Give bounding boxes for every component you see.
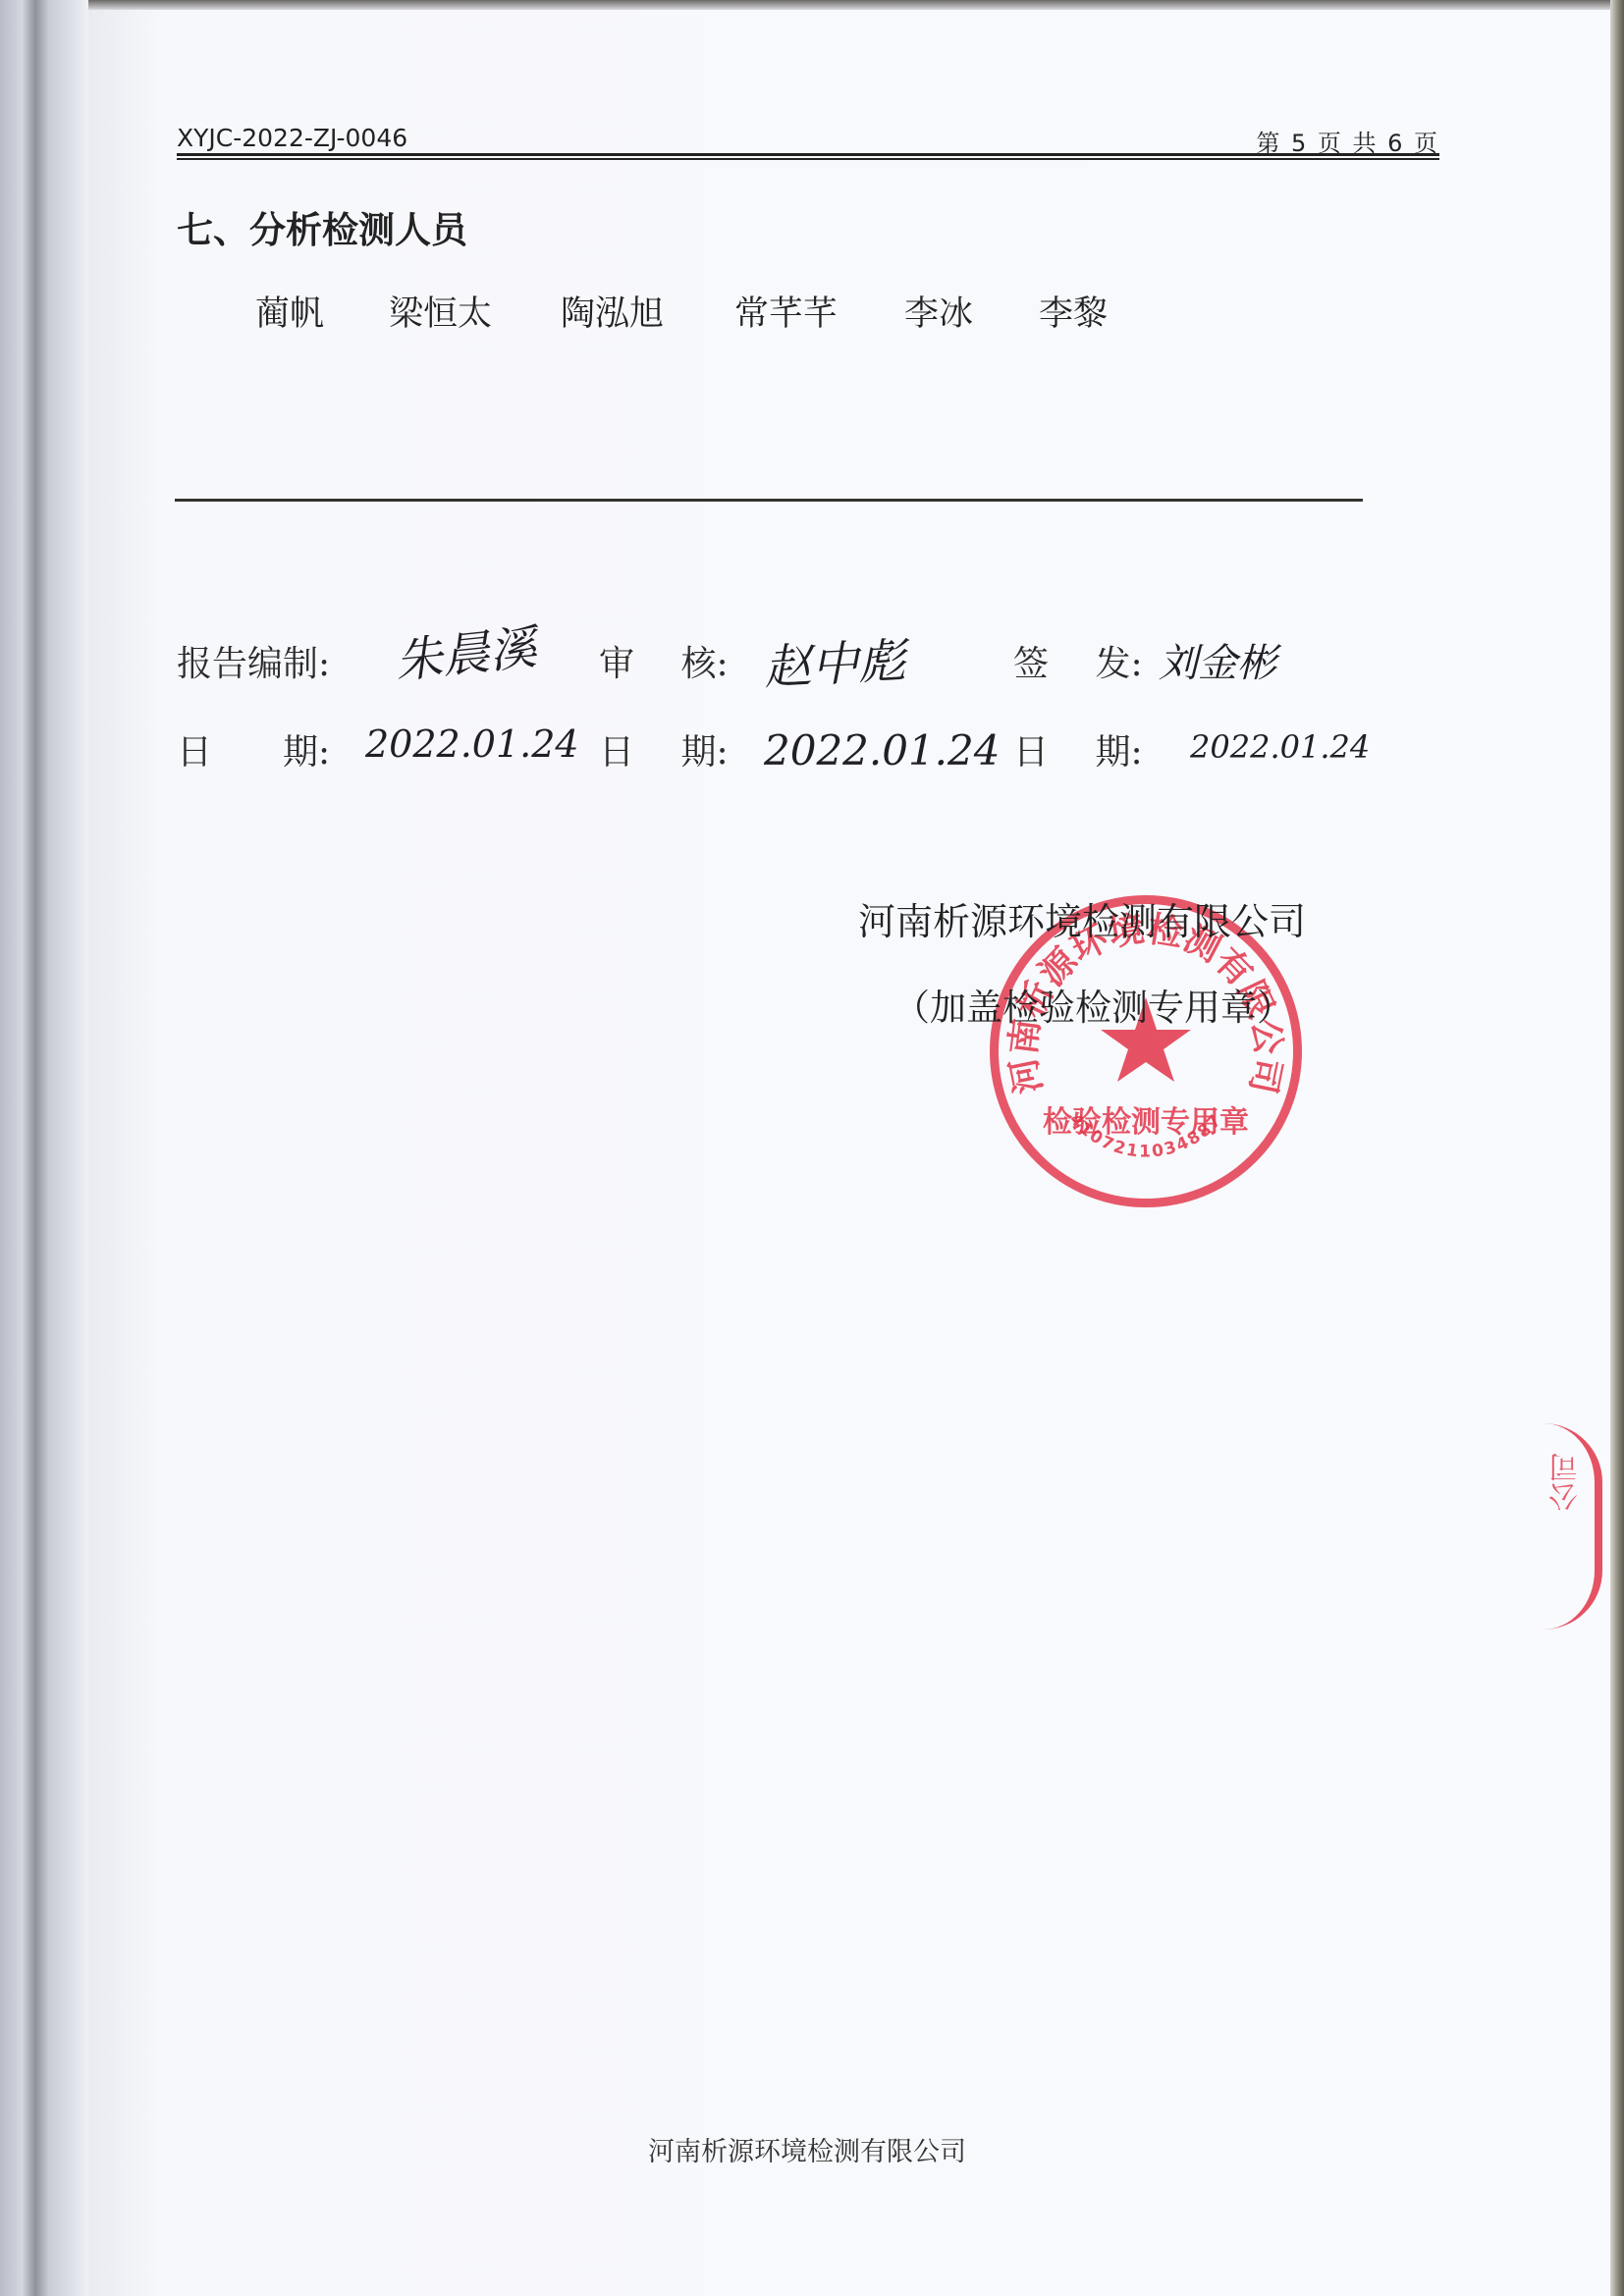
document-number: XYJC-2022-ZJ-0046 (177, 124, 407, 152)
issuing-company: 河南析源环境检测有限公司 (858, 891, 1306, 945)
staff-list: 蔺帆 梁恒太 陶泓旭 常芊芊 李冰 李黎 (255, 287, 1108, 336)
issued-date-label: 日 期: (1013, 724, 1143, 774)
scan-right-edge (1610, 0, 1624, 2296)
staff-name: 梁恒太 (389, 287, 561, 336)
compiled-date: 2022.01.24 (365, 722, 579, 766)
section-title: 七、分析检测人员 (177, 200, 467, 253)
separator-line (175, 499, 1363, 502)
reviewed-date: 2022.01.24 (764, 726, 1000, 774)
staff-name: 蔺帆 (255, 287, 389, 336)
compiled-date-label: 日 期: (177, 724, 330, 774)
header-double-rule (177, 153, 1439, 160)
reviewed-by-label: 审 核: (599, 636, 729, 686)
reviewed-date-label: 日 期: (599, 724, 729, 774)
partial-seal-text: 公司 (1545, 1453, 1589, 1512)
compiled-by-label: 报告编制: (177, 636, 330, 686)
document-page (69, 10, 1624, 2296)
seal-graphic: 河南析源环境检测有限公司 检验检测专用章 4107211034887 (999, 904, 1293, 1199)
staff-name: 陶泓旭 (561, 287, 734, 336)
footer-company: 河南析源环境检测有限公司 (648, 2130, 966, 2168)
issued-by-signature: 刘金彬 (1159, 632, 1276, 688)
staff-name: 常芊芊 (734, 287, 904, 336)
issued-date: 2022.01.24 (1190, 728, 1370, 766)
staff-name: 李冰 (904, 287, 1039, 336)
staff-name: 李黎 (1039, 287, 1108, 336)
binding-shadow (0, 0, 88, 2296)
reviewed-by-signature: 赵中彪 (762, 622, 906, 697)
seal-note: （加盖检验检测专用章） (893, 978, 1293, 1031)
page-footer: 河南析源环境检测有限公司 (0, 2130, 1624, 2168)
issued-by-label: 签 发: (1013, 636, 1143, 686)
scan-top-edge (0, 0, 1624, 10)
